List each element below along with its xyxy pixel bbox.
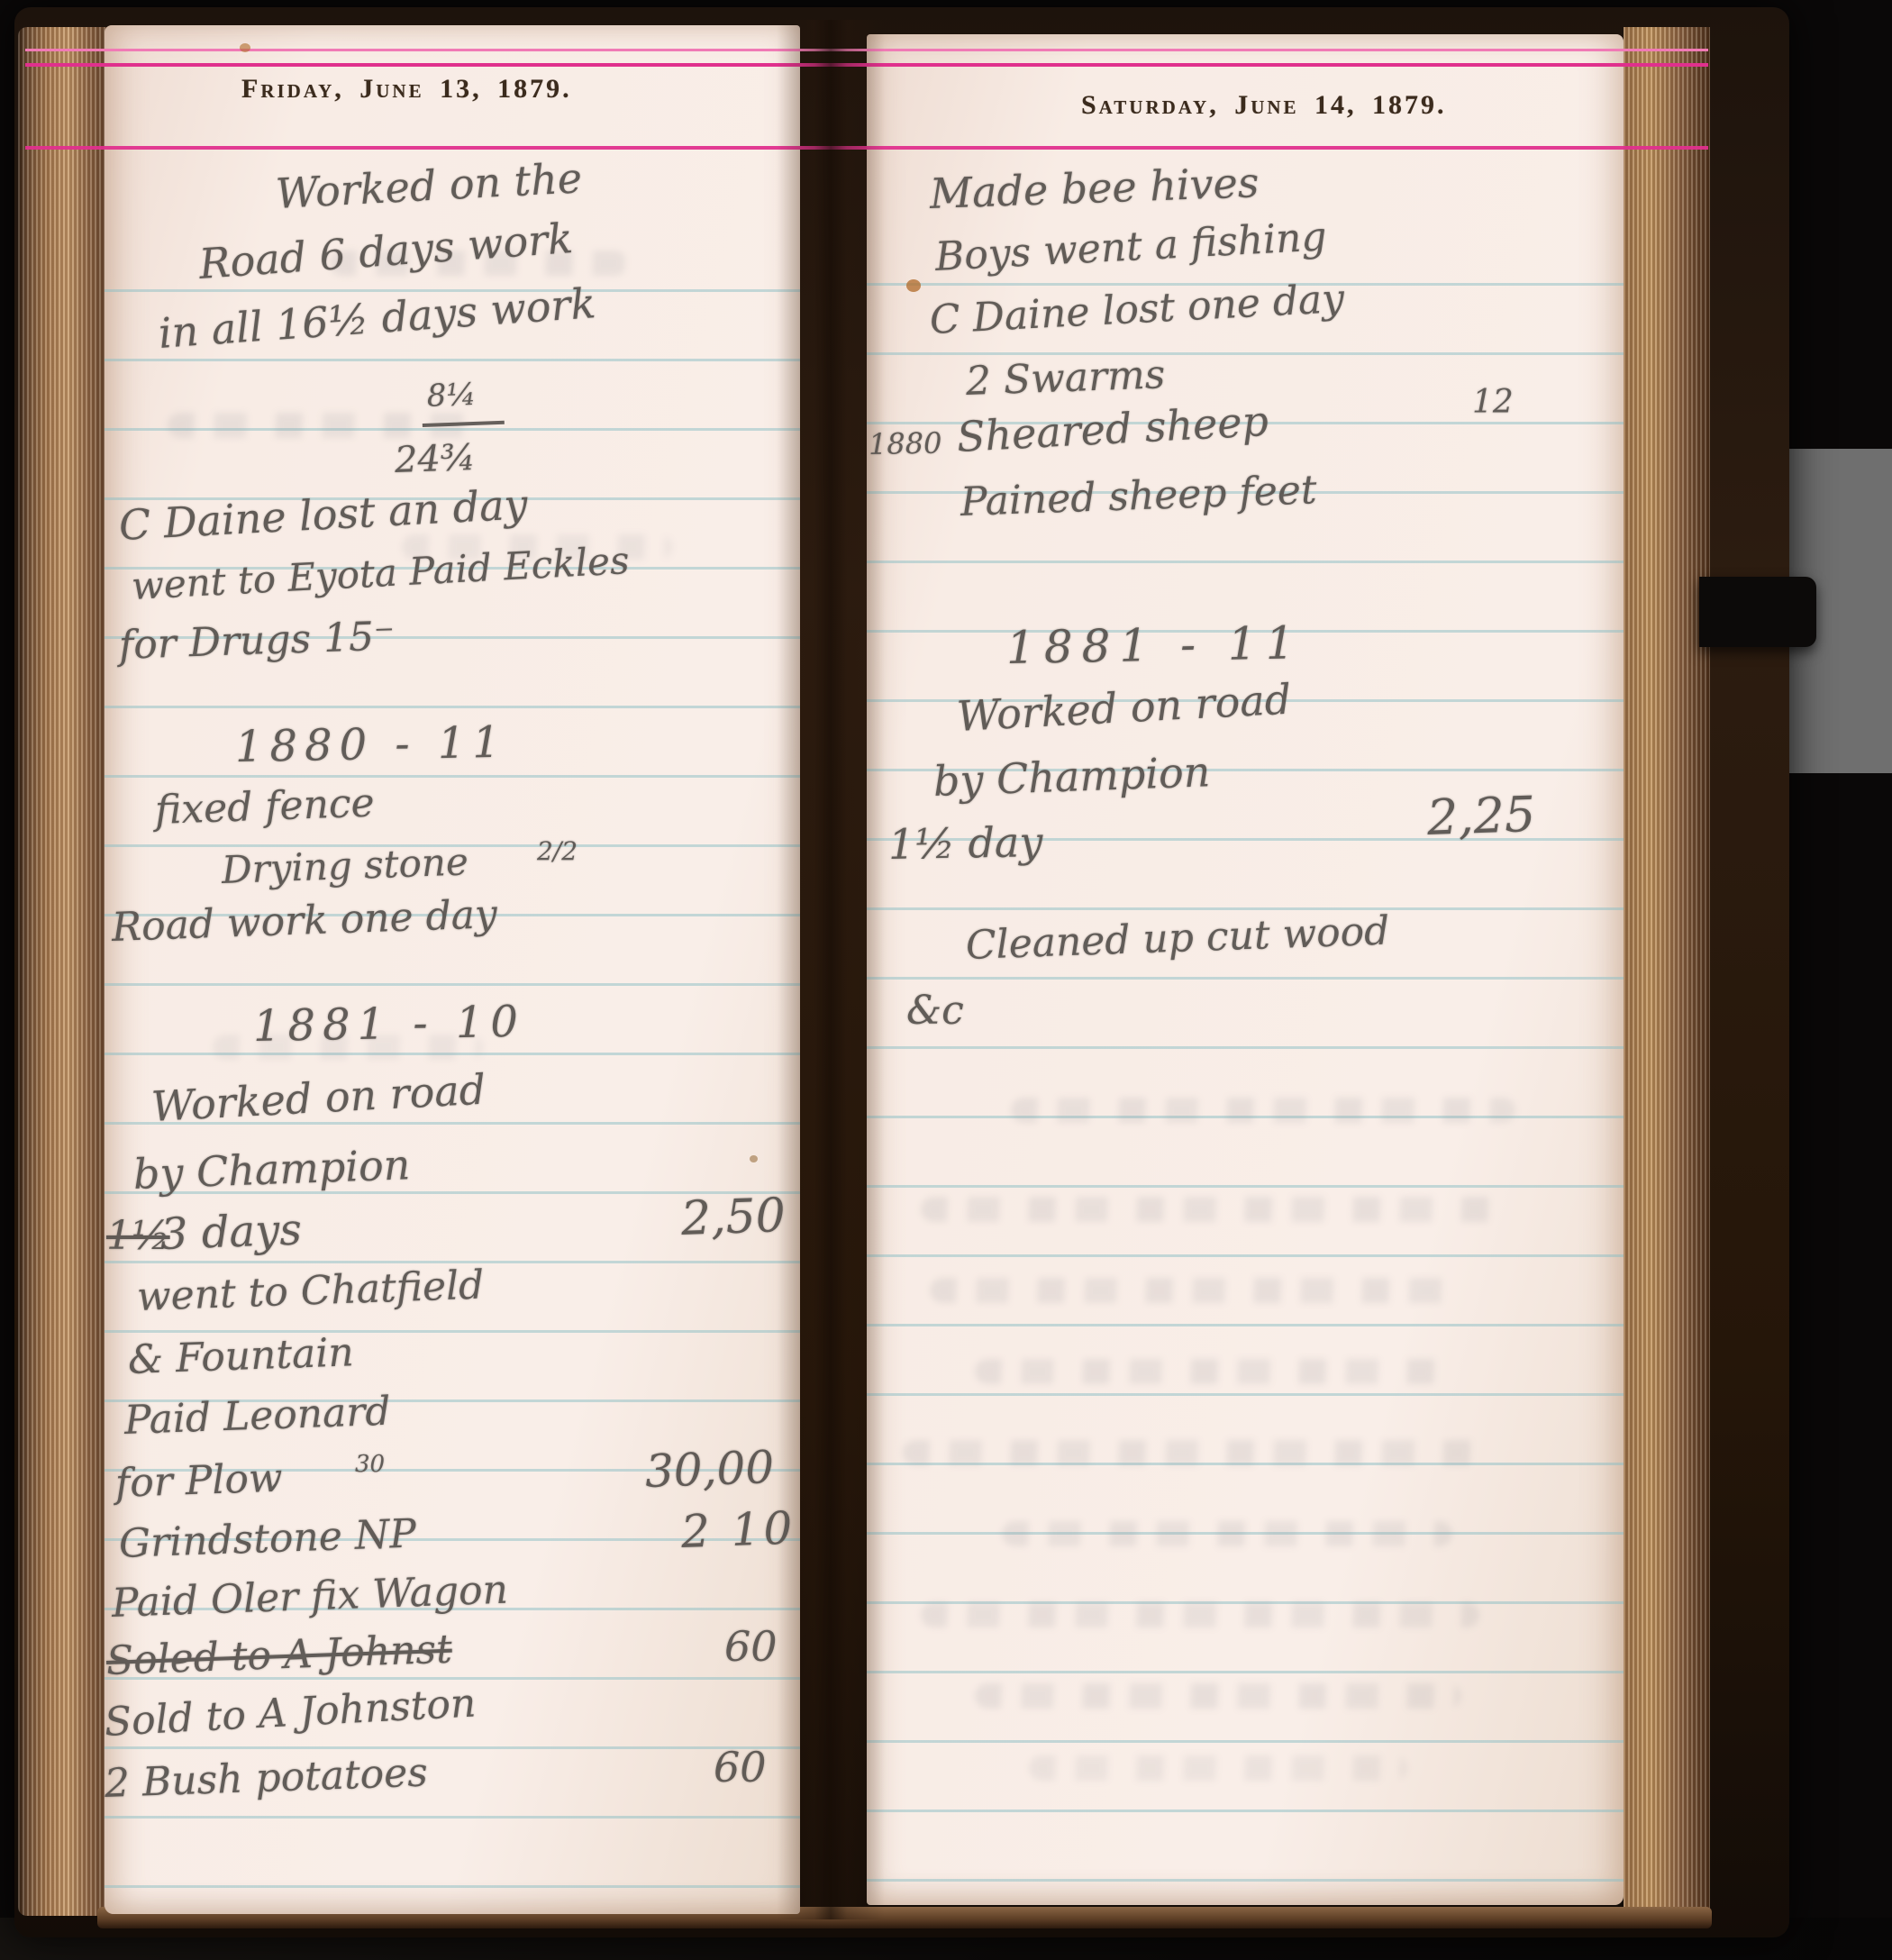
handwriting-line: &c — [906, 988, 964, 1034]
handwriting-line: 60 — [714, 1743, 767, 1791]
handwriting-line: 2 Bush potatoes — [104, 1749, 428, 1806]
handwriting-line: Worked on the — [275, 153, 584, 218]
handwriting-line: Sheared sheep — [956, 397, 1270, 461]
right-page-lines: Made bee hivesBoys went a fishingC Daine… — [867, 34, 1624, 1905]
handwriting-line: C Daine lost an day — [118, 479, 529, 550]
handwriting-line: 1880 — [869, 426, 942, 461]
handwriting-line: 2 Swarms — [965, 351, 1166, 405]
paper-stain — [240, 43, 250, 52]
handwriting-line: Pained sheep feet — [960, 467, 1317, 525]
handwriting-line: 3 days — [159, 1205, 303, 1260]
right-page: Saturday, June 14, 1879. Made bee hivesB… — [867, 34, 1624, 1905]
handwriting-line: Boys went a fishing — [934, 214, 1328, 280]
handwriting-line: 60 — [724, 1622, 778, 1671]
left-page-lines: Worked on theRoad 6 days workin all 16½ … — [105, 25, 800, 1914]
handwriting-line: Cleaned up cut wood — [965, 908, 1390, 969]
handwriting-line: 1881 - 11 — [1005, 616, 1304, 674]
handwriting-line: Sold to A Johnston — [104, 1680, 478, 1746]
handwriting-line: fixed fence — [154, 780, 375, 834]
handwriting-line: went to Chatfield — [136, 1263, 485, 1320]
handwriting-line: 30,00 — [644, 1441, 775, 1498]
book-strap — [1699, 577, 1816, 647]
handwriting-line: Road work one day — [111, 891, 497, 951]
handwriting-line: Worked on road — [956, 675, 1293, 741]
handwriting-line: Road 6 days work — [197, 214, 574, 288]
handwriting-line: by Champion — [132, 1140, 411, 1199]
handwriting-line: Made bee hives — [929, 158, 1260, 218]
handwriting-line: went to Eyota Paid Eckles — [131, 538, 631, 608]
handwriting-line: 2,25 — [1426, 786, 1536, 846]
handwriting-line: for Drugs 15⁻ — [118, 613, 396, 669]
handwriting-line: by Champion — [932, 747, 1211, 806]
handwriting-line: 2/2 — [537, 836, 578, 866]
handwriting-line: C Daine lost one day — [929, 276, 1346, 343]
diary-book-cover: Friday, June 13, 1879. Worked on theRoad… — [14, 7, 1789, 1937]
handwriting-line: Paid Oler fix Wagon — [111, 1567, 509, 1627]
left-page-fore-edge — [18, 27, 108, 1916]
handwriting-line: 2,50 — [680, 1189, 787, 1246]
handwriting-line: in all 16½ days work — [157, 278, 597, 358]
handwriting-line: 24¾ — [394, 437, 476, 481]
handwriting-line: Worked on road — [150, 1065, 487, 1131]
handwriting-line: & Fountain — [127, 1329, 354, 1383]
handwriting-line: 1½ day — [888, 817, 1043, 869]
handwriting-line: Grindstone NP — [118, 1510, 417, 1566]
left-page: Friday, June 13, 1879. Worked on theRoad… — [105, 25, 800, 1914]
handwriting-line: 1881 - 10 — [253, 997, 526, 1052]
handwriting-line: 12 — [1472, 384, 1514, 421]
handwriting-line: 2 10 — [680, 1502, 796, 1558]
handwriting-line: 30 — [355, 1451, 385, 1478]
paper-stain — [906, 279, 921, 292]
handwriting-line: for Plow — [114, 1455, 283, 1507]
handwriting-line: Paid Leonard — [123, 1389, 391, 1444]
handwriting-line: Soled to A Johnst — [105, 1627, 452, 1684]
handwriting-line: 8¼ — [421, 376, 504, 427]
paper-stain — [750, 1155, 758, 1162]
handwriting-line: 1880 - 11 — [235, 717, 508, 772]
handwriting-line: Drying stone — [221, 839, 468, 892]
right-page-fore-edge — [1624, 27, 1710, 1916]
scanned-diary-photo: Friday, June 13, 1879. Worked on theRoad… — [0, 0, 1892, 1960]
